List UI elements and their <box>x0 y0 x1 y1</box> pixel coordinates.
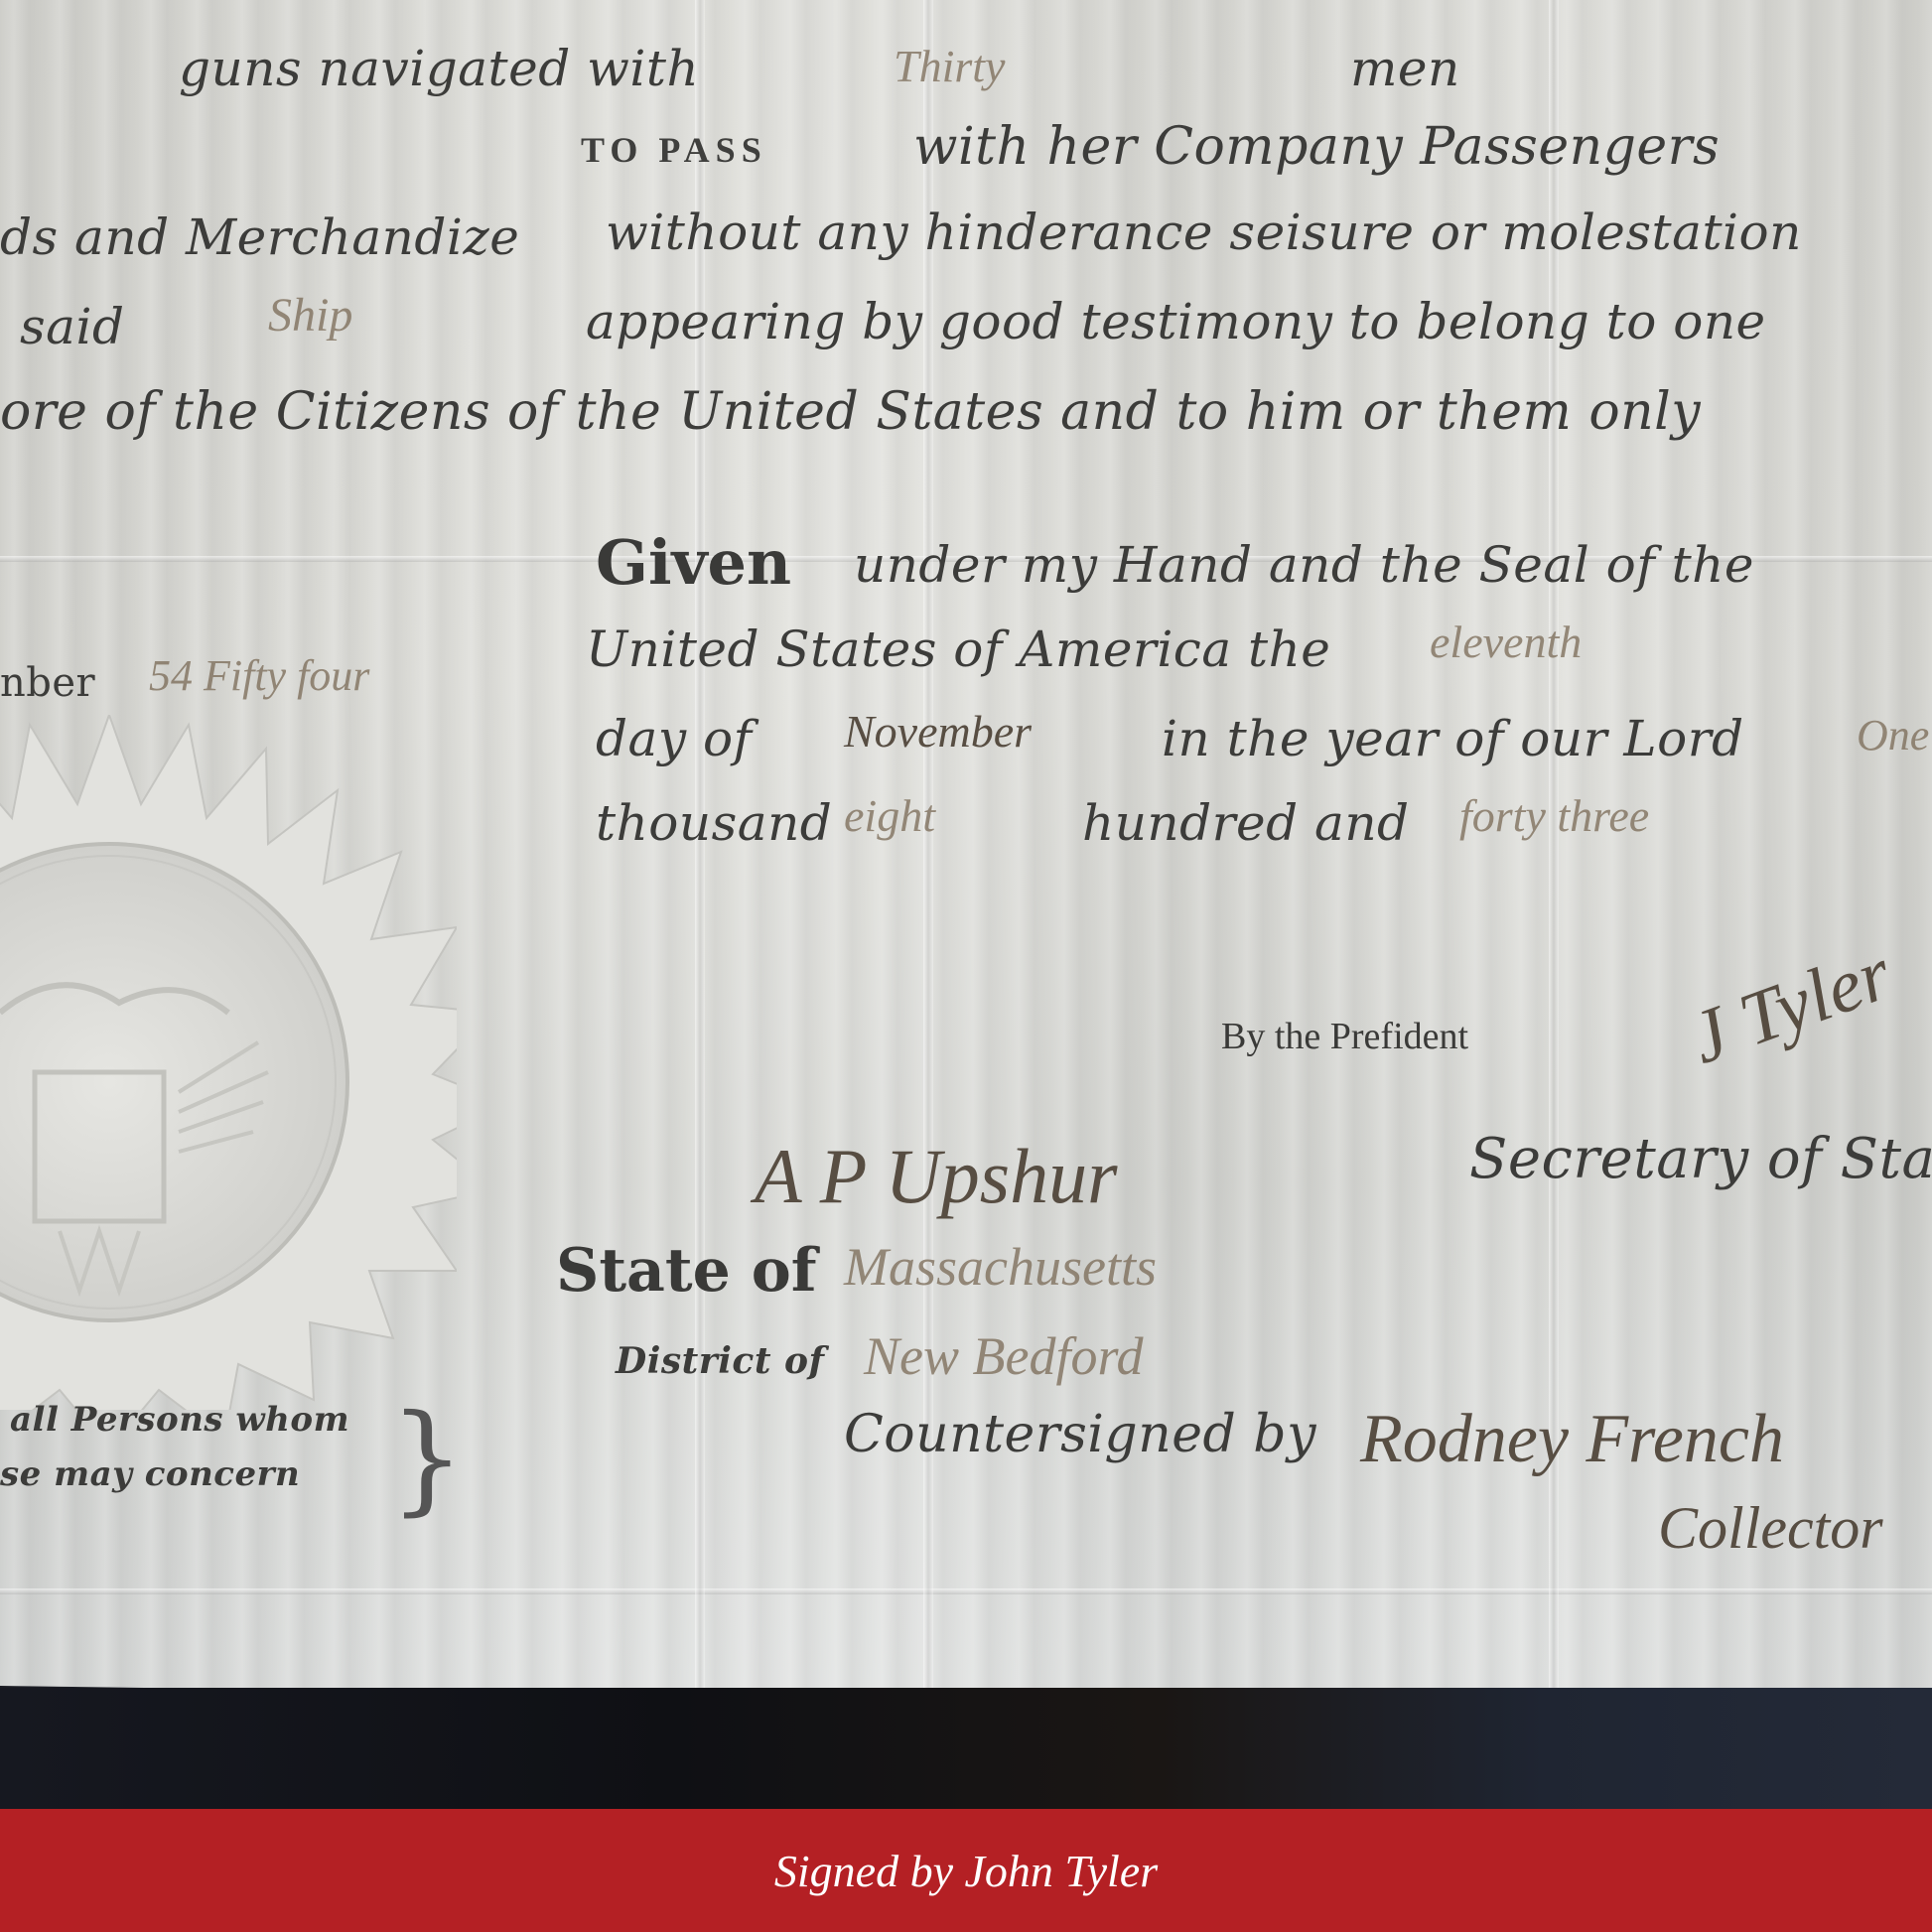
state-of-label: State of <box>556 1236 817 1306</box>
handwritten-number: 54 Fifty four <box>149 650 369 701</box>
handwritten-men-count: Thirty <box>894 40 1005 92</box>
printed-text: thousand <box>596 794 832 852</box>
printed-text: hundred and <box>1082 794 1410 852</box>
handwritten-year: forty three <box>1459 789 1649 842</box>
printed-text: with her Company Passengers <box>913 117 1720 177</box>
countersigner-signature: Rodney French <box>1360 1400 1784 1479</box>
secretary-signature: A P Upshur <box>755 1132 1118 1221</box>
district-of-label: District of <box>616 1340 825 1382</box>
to-pass-heading: TO PASS <box>581 129 767 171</box>
printed-text: men <box>1350 40 1460 97</box>
printed-text: ds and Merchandize <box>0 208 519 266</box>
handwritten-month: November <box>844 705 1032 758</box>
handwritten-century: eight <box>844 789 935 842</box>
handwritten-state: Massachusetts <box>844 1236 1157 1298</box>
handwritten-vessel-type: Ship <box>268 288 352 343</box>
caption-banner: Signed by John Tyler <box>0 1809 1932 1932</box>
printed-text: United States of America the <box>586 621 1330 678</box>
printed-text: Secretary of State <box>1469 1127 1932 1191</box>
countersigner-title: Collector <box>1658 1494 1883 1563</box>
printed-text: appearing by good testimony to belong to… <box>586 293 1766 350</box>
printed-text: ore of the Citizens of the United States… <box>0 382 1701 442</box>
handwritten-district: New Bedford <box>864 1325 1143 1387</box>
dark-background-cloth <box>0 1688 1932 1809</box>
document-paper: guns navigated with Thirty men TO PASS w… <box>0 0 1932 1688</box>
by-the-president-label: By the Prefident <box>1221 1015 1468 1058</box>
brace-icon: } <box>389 1390 466 1528</box>
handwritten-day: eleventh <box>1430 616 1582 668</box>
embossed-seal-icon <box>0 715 457 1410</box>
printed-text: Countersigned by <box>844 1405 1316 1464</box>
printed-text: guns navigated with <box>179 40 699 97</box>
given-heading: Given <box>596 526 791 599</box>
document-photo: guns navigated with Thirty men TO PASS w… <box>0 0 1932 1809</box>
paper-fold <box>0 1588 1932 1594</box>
printed-text: all Persons whom <box>10 1400 349 1440</box>
printed-text: nber <box>0 660 95 706</box>
printed-text: under my Hand and the Seal of the <box>854 536 1754 594</box>
handwritten-year-one: One <box>1857 710 1929 760</box>
printed-text: day of <box>596 710 753 767</box>
printed-text: without any hinderance seisure or molest… <box>606 204 1802 261</box>
caption-text: Signed by John Tyler <box>774 1845 1158 1897</box>
printed-text: said <box>20 298 124 355</box>
printed-text: se may concern <box>0 1454 300 1494</box>
printed-text: in the year of our Lord <box>1162 710 1744 767</box>
president-signature: J Tyler <box>1679 930 1902 1082</box>
